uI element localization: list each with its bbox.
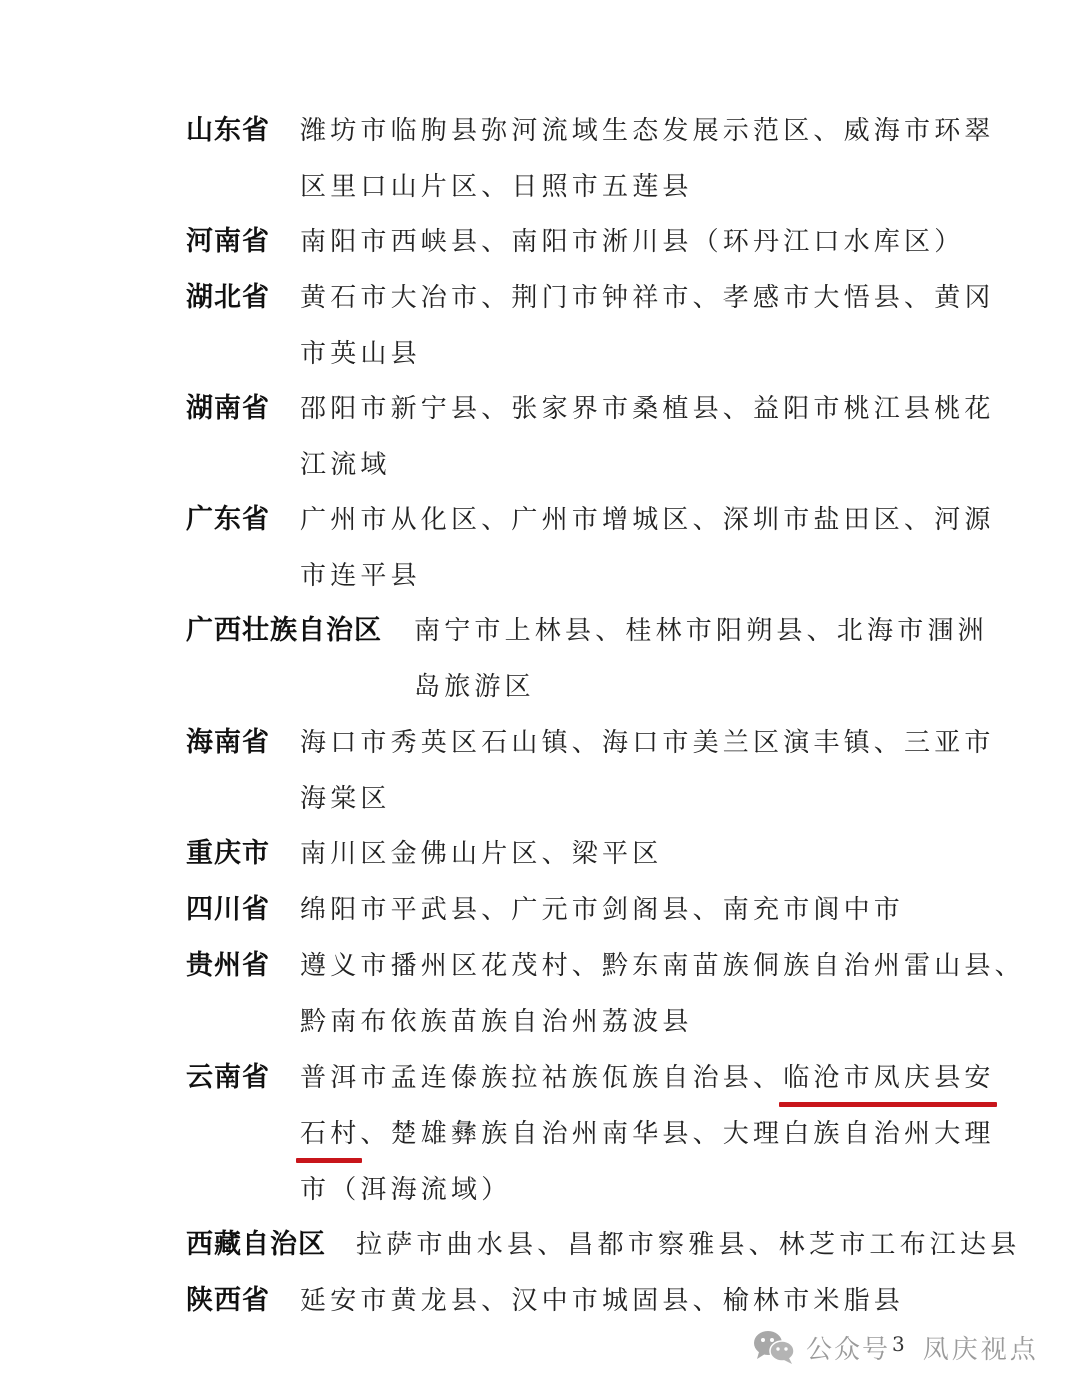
document-page: 山东省 潍坊市临朐县弥河流域生态发展示范区、威海市环翠 区里口山片区、日照市五莲… — [0, 0, 1080, 1394]
entry-line: 岛旅游区 — [414, 659, 988, 715]
province-label: 河南省 — [186, 214, 270, 270]
entry-line: 市英山县 — [300, 326, 995, 382]
entry-line: 遵义市播州区花茂村、黔东南苗族侗族自治州雷山县、 — [300, 938, 1025, 994]
entry-line: 江流域 — [300, 437, 995, 493]
entry-line: 潍坊市临朐县弥河流域生态发展示范区、威海市环翠 — [300, 103, 995, 159]
province-label: 重庆市 — [186, 826, 270, 882]
account-name: 凤庆视点 — [923, 1329, 1039, 1366]
entry-line: 邵阳市新宁县、张家界市桑植县、益阳市桃江县桃花 — [300, 381, 995, 437]
wechat-watermark: 公众号 3 凤庆视点 — [752, 1327, 1039, 1367]
entry-line: 黄石市大冶市、荆门市钟祥市、孝感市大悟县、黄冈 — [300, 270, 995, 326]
province-label: 海南省 — [186, 715, 270, 771]
province-label: 广西壮族自治区 — [186, 603, 382, 659]
province-label: 贵州省 — [186, 938, 270, 994]
province-label: 湖南省 — [186, 381, 270, 437]
entry-line: 市连平县 — [300, 548, 995, 604]
province-label: 陕西省 — [186, 1273, 270, 1329]
entry-line: 绵阳市平武县、广元市剑阁县、南充市阆中市 — [300, 882, 904, 938]
line-text: 普洱市孟连傣族拉祜族佤族自治县、 — [300, 1063, 783, 1093]
entry-line: 普洱市孟连傣族拉祜族佤族自治县、临沧市凤庆县安 — [300, 1050, 995, 1106]
wechat-icon — [752, 1329, 798, 1365]
entry-line: 石村、楚雄彝族自治州南华县、大理白族自治州大理 — [300, 1106, 995, 1162]
province-label: 广东省 — [186, 492, 270, 548]
entry-line: 延安市黄龙县、汉中市城固县、榆林市米脂县 — [300, 1273, 904, 1329]
province-label: 四川省 — [186, 882, 270, 938]
province-label: 西藏自治区 — [186, 1217, 326, 1273]
entry-line: 南宁市上林县、桂林市阳朔县、北海市涠洲 — [414, 603, 988, 659]
entry-line: 区里口山片区、日照市五莲县 — [300, 159, 995, 215]
entry-line: 南川区金佛山片区、梁平区 — [300, 826, 662, 882]
official-account-label: 公众号 — [806, 1329, 890, 1366]
entry-line: 黔南布依族苗族自治州荔波县 — [300, 994, 1025, 1050]
page-number: 3 — [892, 1332, 905, 1356]
entry-line: 广州市从化区、广州市增城区、深圳市盐田区、河源 — [300, 492, 995, 548]
entry-line: 海棠区 — [300, 771, 995, 827]
line-text: 、楚雄彝族自治州南华县、大理白族自治州大理 — [360, 1119, 994, 1149]
entry-line: 拉萨市曲水县、昌都市察雅县、林芝市工布江达县 — [356, 1217, 1020, 1273]
highlighted-text: 临沧市凤庆县安 — [783, 1063, 994, 1093]
entry-line: 南阳市西峡县、南阳市淅川县（环丹江口水库区） — [300, 214, 964, 270]
entry-line: 海口市秀英区石山镇、海口市美兰区演丰镇、三亚市 — [300, 715, 995, 771]
province-label: 云南省 — [186, 1050, 270, 1106]
highlighted-text: 石村 — [300, 1119, 360, 1149]
entry-line: 市（洱海流域） — [300, 1162, 995, 1218]
province-label: 山东省 — [186, 103, 270, 159]
province-label: 湖北省 — [186, 270, 270, 326]
